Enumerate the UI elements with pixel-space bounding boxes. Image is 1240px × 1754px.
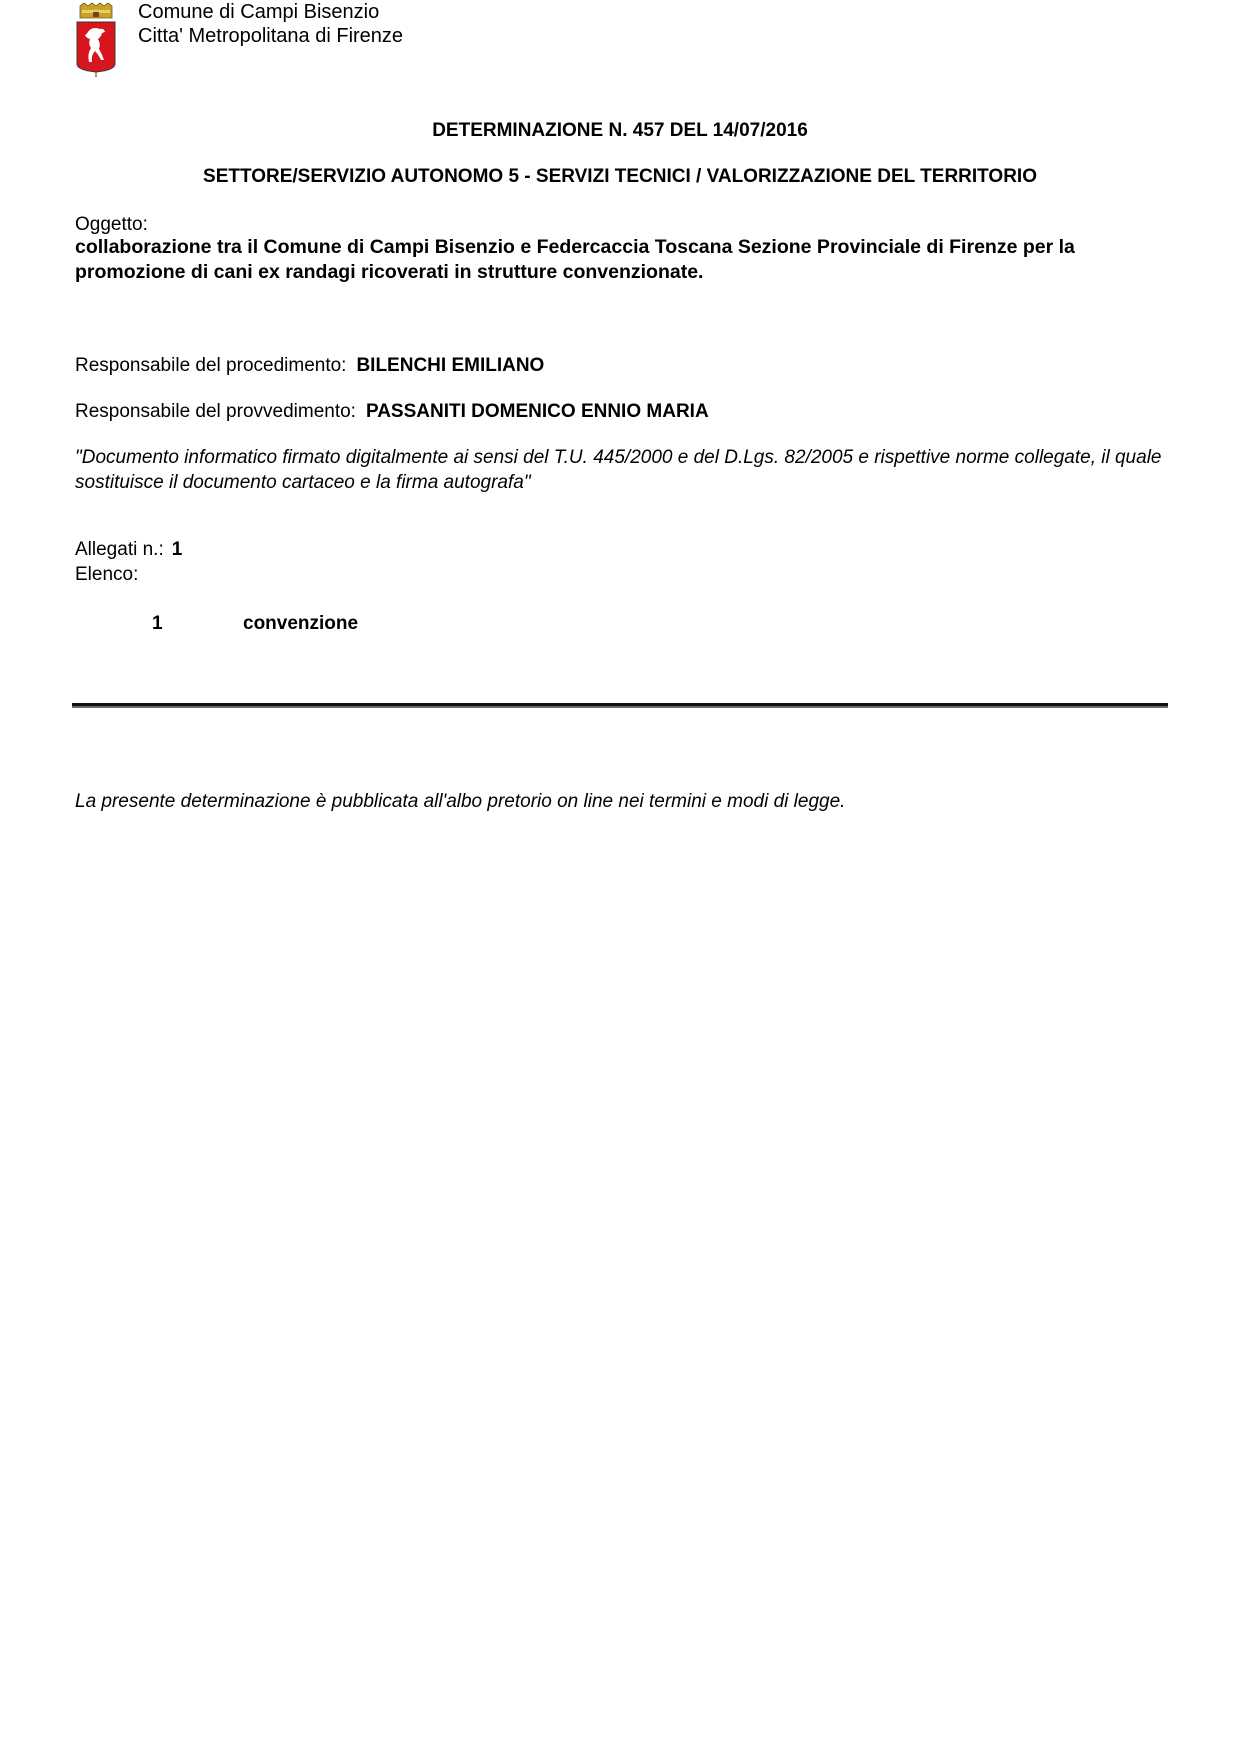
coat-of-arms-icon	[74, 2, 118, 78]
procedure-manager-label: Responsabile del procedimento:	[75, 355, 346, 376]
subject-text: collaborazione tra il Comune di Campi Bi…	[75, 235, 1175, 285]
procedure-manager-value: BILENCHI EMILIANO	[356, 355, 544, 376]
attachments-count: Allegati n.:1	[75, 537, 182, 562]
organization-subtitle: Citta' Metropolitana di Firenze	[138, 24, 403, 49]
measure-manager: Responsabile del provvedimento:PASSANITI…	[75, 399, 709, 424]
attachments-value: 1	[172, 539, 183, 560]
attachments-label: Allegati n.:	[75, 539, 164, 560]
attachment-number: 1	[152, 611, 163, 636]
measure-manager-value: PASSANITI DOMENICO ENNIO MARIA	[366, 401, 709, 422]
measure-manager-label: Responsabile del provvedimento:	[75, 401, 356, 422]
procedure-manager: Responsabile del procedimento:BILENCHI E…	[75, 353, 544, 378]
attachment-name[interactable]: convenzione	[243, 611, 358, 636]
attachments-list-label: Elenco:	[75, 562, 138, 587]
section-divider	[72, 703, 1168, 708]
organization-name: Comune di Campi Bisenzio	[138, 0, 379, 25]
determination-title: DETERMINAZIONE N. 457 DEL 14/07/2016	[0, 119, 1240, 143]
sector-title: SETTORE/SERVIZIO AUTONOMO 5 - SERVIZI TE…	[0, 165, 1240, 189]
subject-label: Oggetto:	[75, 212, 148, 237]
publication-note: La presente determinazione è pubblicata …	[75, 789, 845, 814]
digital-signature-note: "Documento informatico firmato digitalme…	[75, 445, 1175, 495]
